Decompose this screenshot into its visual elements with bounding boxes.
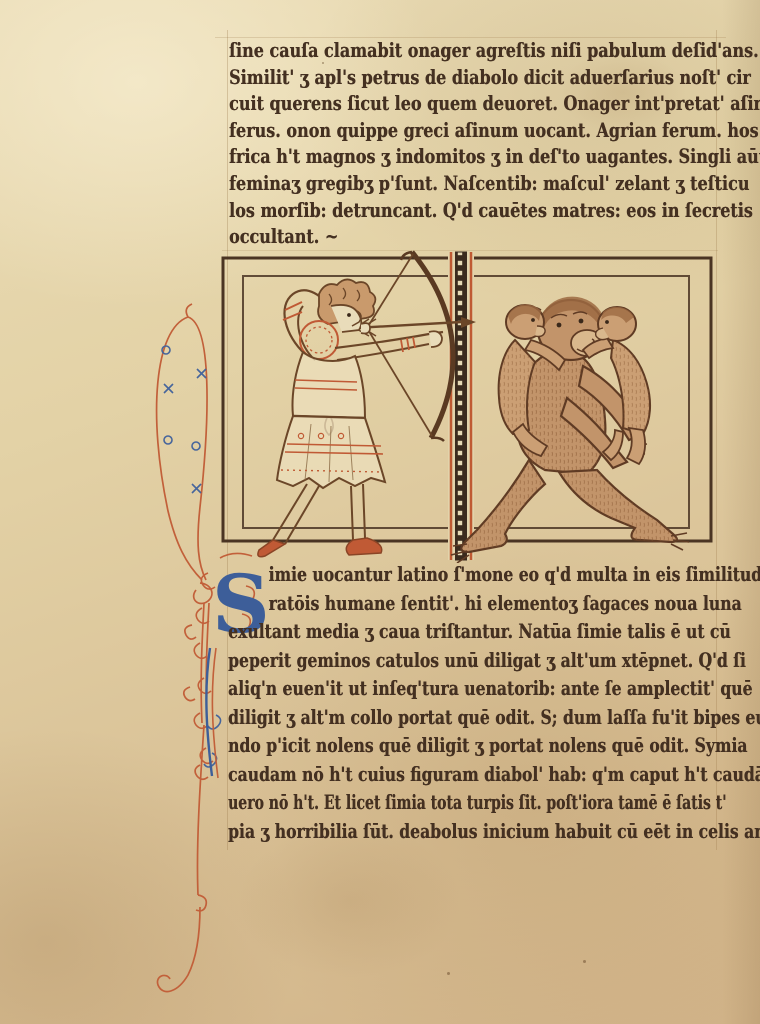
bestiary-illustration	[215, 248, 715, 563]
parchment-speck	[583, 960, 586, 963]
archer-figure	[258, 252, 476, 557]
parchment-speck	[322, 62, 324, 64]
manuscript-line: diligit ʒ alt'm collo portat quē odit. S…	[228, 703, 760, 732]
manuscript-line: ſine cauſa clamabit onager agreſtis niſi…	[229, 37, 760, 64]
upper-text-block: ſine cauſa clamabit onager agreſtis niſi…	[229, 37, 760, 250]
manuscript-line: imie uocantur latino ſ'mone eo q'd multa…	[228, 560, 760, 589]
manuscript-line: exultant media ʒ caua triſtantur. Natūa …	[228, 617, 760, 646]
manuscript-line: aliq'n euen'it ut inſeq'tura uenatorib: …	[228, 674, 760, 703]
manuscript-line: ferus. onon quippe greci aſinum uocant. …	[229, 117, 760, 144]
ape-family	[451, 297, 689, 563]
manuscript-line: feminaʒ gregibʒ p'ſunt. Naſcentib: maſcu…	[229, 170, 760, 197]
manuscript-page: ſine cauſa clamabit onager agreſtis niſi…	[0, 0, 760, 1024]
manuscript-line: ndo p'icit nolens quē diligit ʒ portat n…	[228, 731, 760, 760]
manuscript-line: caudam nō h't cuius figuram diabol' hab:…	[228, 760, 760, 789]
manuscript-line: occultant. ~	[229, 223, 760, 250]
column-divider-ornament	[448, 252, 474, 560]
parchment-speck	[447, 972, 450, 975]
archer-back-shoe	[258, 540, 285, 557]
manuscript-line: frica h't magnos ʒ indomitos ʒ in deſ'to…	[229, 143, 760, 170]
manuscript-line: cuit querens ſicut leo quem deuoret. Ona…	[229, 90, 760, 117]
manuscript-line: Similit' ʒ apl's petrus de diabolo dicit…	[229, 64, 760, 91]
manuscript-line: ratōis humane ſentit'. hi elementoʒ ſaga…	[228, 589, 760, 618]
manuscript-line: pia ʒ horribilia ſūt. deabolus inicium h…	[228, 817, 760, 846]
manuscript-line: peperit geminos catulos unū diligat ʒ al…	[228, 646, 760, 675]
manuscript-line: los morſib: detruncant. Q'd cauētes matr…	[229, 197, 760, 224]
lower-text-block: imie uocantur latino ſ'mone eo q'd multa…	[228, 560, 760, 845]
manuscript-line: uero nō h't. Et licet ſimia tota turpis …	[228, 788, 726, 817]
archer-tunic	[292, 352, 365, 418]
